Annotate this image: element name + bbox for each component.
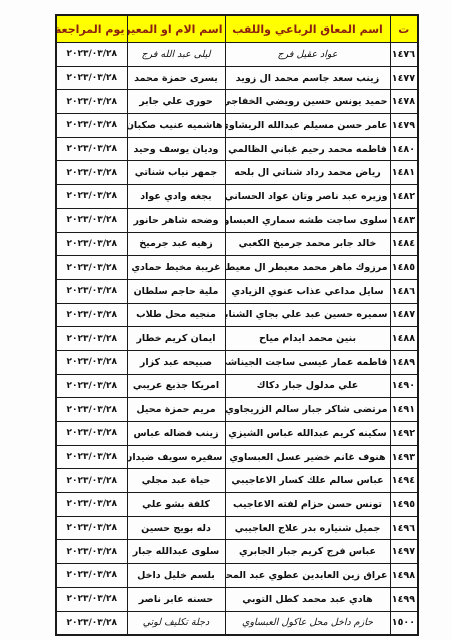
mother-cell: ايمان كريم خطار <box>127 327 225 351</box>
no-cell: ١٤٩٩ <box>390 587 418 611</box>
mother-cell: وديان يوسف وحيد <box>127 137 225 161</box>
name-cell: هادي عبد محمد كطل التوبي <box>225 587 390 611</box>
header-name: اسم المعاق الرباعي واللقب <box>225 15 390 43</box>
no-cell: ١٤٩٦ <box>390 516 418 540</box>
name-cell: مرتضى شاكر جبار سالم الزريجاوي <box>225 398 390 422</box>
no-cell: ١٤٩٣ <box>390 445 418 469</box>
name-cell: فاطمه عمار عيسى ساجت الجيناشي <box>225 350 390 374</box>
mother-cell: بلسم خليل داخل <box>127 564 225 588</box>
date-cell: ٢٠٢٣/٠٣/٢٨ <box>56 516 127 540</box>
mother-cell: صبيحه عبد كزار <box>127 350 225 374</box>
table-row: ١٤٩١مرتضى شاكر جبار سالم الزريجاويمريم ح… <box>56 398 418 422</box>
date-cell: ٢٠٢٣/٠٣/٢٨ <box>56 137 127 161</box>
no-cell: ١٤٧٦ <box>390 43 418 67</box>
name-cell: عراق زين العابدين عطوي عبد المحسناوي <box>225 564 390 588</box>
mother-cell: امريكا جذيع عريبي <box>127 374 225 398</box>
mother-cell: ملية حاجم سلطان <box>127 279 225 303</box>
date-cell: ٢٠٢٣/٠٣/٢٨ <box>56 611 127 635</box>
mother-cell: دله بويج حسين <box>127 516 225 540</box>
table-row: ١٤٩٣هنوف غانم خضير عسل العبساويسفيره سوي… <box>56 445 418 469</box>
no-cell: ١٤٩٠ <box>390 374 418 398</box>
name-cell: حازم داخل محل عاكول العبساوي <box>225 611 390 635</box>
mother-cell: جمهر نياب شناتي <box>127 161 225 185</box>
no-cell: ١٤٧٧ <box>390 66 418 90</box>
no-cell: ١٤٧٨ <box>390 90 418 114</box>
mother-cell: حورى علي جابر <box>127 90 225 114</box>
no-cell: ١٤٩٤ <box>390 469 418 493</box>
table-row: ١٤٩٤عباس سالم علك كسار الاعاجيبيحياة عبد… <box>56 469 418 493</box>
table-row: ١٤٨٠فاطمه محمد رحيم غباني الظالميوديان ي… <box>56 137 418 161</box>
date-cell: ٢٠٢٣/٠٣/٢٨ <box>56 208 127 232</box>
name-cell: فاطمه محمد رحيم غباني الظالمي <box>225 137 390 161</box>
mother-cell: وضحه شاهر حانور <box>127 208 225 232</box>
header-row: ت اسم المعاق الرباعي واللقب اسم الام او … <box>56 15 418 43</box>
name-cell: جميل شنياره بدر علاج العاجيبي <box>225 516 390 540</box>
header-no: ت <box>390 15 418 43</box>
table-row: ١٥٠٠حازم داخل محل عاكول العبساويدجلة تكل… <box>56 611 418 635</box>
mother-cell: هاشميه عنيب صكبان <box>127 114 225 138</box>
mother-cell: سلوى عبدالله جبار <box>127 540 225 564</box>
name-cell: خالد جابر محمد جرميخ الكعبي <box>225 232 390 256</box>
document-page: ت اسم المعاق الرباعي واللقب اسم الام او … <box>0 0 452 640</box>
mother-cell: يسرى حمزة محمد <box>127 66 225 90</box>
mother-cell: حياة عبد مجلي <box>127 469 225 493</box>
table-row: ١٤٧٦عواد عقيل فرجليلى عبد الله فرج٢٠٢٣/٠… <box>56 43 418 67</box>
no-cell: ١٤٨٣ <box>390 208 418 232</box>
name-cell: زينب سعد جاسم محمد ال زويد <box>225 66 390 90</box>
mother-cell: غريبة مخيط حمادي <box>127 256 225 280</box>
date-cell: ٢٠٢٣/٠٣/٢٨ <box>56 279 127 303</box>
name-cell: سميره حسين عبد علي بجاي الشنابره <box>225 303 390 327</box>
table-row: ١٤٨٨بنين محمد ايدام مياحايمان كريم خطار٢… <box>56 327 418 351</box>
table-header: ت اسم المعاق الرباعي واللقب اسم الام او … <box>56 15 418 43</box>
no-cell: ١٤٨٩ <box>390 350 418 374</box>
date-cell: ٢٠٢٣/٠٣/٢٨ <box>56 540 127 564</box>
no-cell: ١٤٨٢ <box>390 185 418 209</box>
mother-cell: سفيره سويف ضيدان <box>127 445 225 469</box>
name-cell: رياض محمد رداد شناتي ال بلحه <box>225 161 390 185</box>
no-cell: ١٤٨٠ <box>390 137 418 161</box>
mother-cell: كلفة بشو علي <box>127 493 225 517</box>
table-row: ١٤٧٧زينب سعد جاسم محمد ال زويديسرى حمزة … <box>56 66 418 90</box>
table-row: ١٤٨١رياض محمد رداد شناتي ال بلحهجمهر نيا… <box>56 161 418 185</box>
date-cell: ٢٠٢٣/٠٣/٢٨ <box>56 161 127 185</box>
no-cell: ١٤٨٤ <box>390 232 418 256</box>
date-cell: ٢٠٢٣/٠٣/٢٨ <box>56 445 127 469</box>
date-cell: ٢٠٢٣/٠٣/٢٨ <box>56 493 127 517</box>
no-cell: ١٤٩٥ <box>390 493 418 517</box>
no-cell: ١٤٨٦ <box>390 279 418 303</box>
no-cell: ١٤٩٨ <box>390 564 418 588</box>
name-cell: هنوف غانم خضير عسل العبساوي <box>225 445 390 469</box>
date-cell: ٢٠٢٣/٠٣/٢٨ <box>56 374 127 398</box>
name-cell: سايل مداعي عذاب عنوي الزيادي <box>225 279 390 303</box>
mother-cell: حسنه عابر ناصر <box>127 587 225 611</box>
no-cell: ١٤٩٧ <box>390 540 418 564</box>
date-cell: ٢٠٢٣/٠٣/٢٨ <box>56 185 127 209</box>
date-cell: ٢٠٢٣/٠٣/٢٨ <box>56 43 127 67</box>
date-cell: ٢٠٢٣/٠٣/٢٨ <box>56 398 127 422</box>
name-cell: بنين محمد ايدام مياح <box>225 327 390 351</box>
name-cell: سكينه كريم عبدالله عباس الشيزي <box>225 422 390 446</box>
table-row: ١٤٨٧سميره حسين عبد علي بجاي الشنابرهمنجي… <box>56 303 418 327</box>
table-row: ١٤٨٤خالد جابر محمد جرميخ الكعبيزهيه عبد … <box>56 232 418 256</box>
name-cell: عباس فرج كريم جبار الجابري <box>225 540 390 564</box>
table-row: ١٤٩٠علي مدلول جبار دكاكامريكا جذيع عريبي… <box>56 374 418 398</box>
no-cell: ١٤٨٧ <box>390 303 418 327</box>
no-cell: ١٤٩٢ <box>390 422 418 446</box>
date-cell: ٢٠٢٣/٠٣/٢٨ <box>56 232 127 256</box>
table-row: ١٤٨٦سايل مداعي عذاب عنوي الزياديملية حاج… <box>56 279 418 303</box>
date-cell: ٢٠٢٣/٠٣/٢٨ <box>56 303 127 327</box>
table-body: ١٤٧٦عواد عقيل فرجليلى عبد الله فرج٢٠٢٣/٠… <box>56 43 418 636</box>
no-cell: ١٤٨١ <box>390 161 418 185</box>
date-cell: ٢٠٢٣/٠٣/٢٨ <box>56 350 127 374</box>
name-cell: عباس سالم علك كسار الاعاجيبي <box>225 469 390 493</box>
date-cell: ٢٠٢٣/٠٣/٢٨ <box>56 90 127 114</box>
mother-cell: مريم حمزة محيل <box>127 398 225 422</box>
table-row: ١٤٩٢سكينه كريم عبدالله عباس الشيزيزينب ف… <box>56 422 418 446</box>
mother-cell: زينب فضاله عباس <box>127 422 225 446</box>
date-cell: ٢٠٢٣/٠٣/٢٨ <box>56 469 127 493</box>
date-cell: ٢٠٢٣/٠٣/٢٨ <box>56 327 127 351</box>
date-cell: ٢٠٢٣/٠٣/٢٨ <box>56 114 127 138</box>
name-cell: مرزوك ماهر محمد معيطر ال معيطر <box>225 256 390 280</box>
no-cell: ١٤٨٨ <box>390 327 418 351</box>
no-cell: ١٤٩١ <box>390 398 418 422</box>
date-cell: ٢٠٢٣/٠٣/٢٨ <box>56 66 127 90</box>
table-row: ١٤٩٧عباس فرج كريم جبار الجابريسلوى عبدال… <box>56 540 418 564</box>
header-mother: اسم الام او المعين <box>127 15 225 43</box>
table-row: ١٤٩٦جميل شنياره بدر علاج العاجيبيدله بوي… <box>56 516 418 540</box>
table-row: ١٤٨٩فاطمه عمار عيسى ساجت الجيناشيصبيحه ع… <box>56 350 418 374</box>
table-row: ١٤٨٥مرزوك ماهر محمد معيطر ال معيطرغريبة … <box>56 256 418 280</box>
table-row: ١٤٩٨عراق زين العابدين عطوي عبد المحسناوي… <box>56 564 418 588</box>
date-cell: ٢٠٢٣/٠٣/٢٨ <box>56 587 127 611</box>
name-cell: علي مدلول جبار دكاك <box>225 374 390 398</box>
name-cell: تونس حسن حزام لفته الاعاجيب <box>225 493 390 517</box>
mother-cell: بجغه وادي عواد <box>127 185 225 209</box>
mother-cell: ليلى عبد الله فرج <box>127 43 225 67</box>
table-row: ١٤٨٢وزيره عبد ناصر وتان عواد الحسانيبجغه… <box>56 185 418 209</box>
name-cell: عواد عقيل فرج <box>225 43 390 67</box>
mother-cell: زهيه عبد جرميخ <box>127 232 225 256</box>
name-cell: عامر حسن مسيلم عبدالله الريشاوي <box>225 114 390 138</box>
date-cell: ٢٠٢٣/٠٣/٢٨ <box>56 564 127 588</box>
mother-cell: دجلة تكليف لوتي <box>127 611 225 635</box>
mother-cell: منجيه محل طلاب <box>127 303 225 327</box>
table-row: ١٤٨٣سلوى ساجت طشه سماري العبساويوضحه شاه… <box>56 208 418 232</box>
no-cell: ١٥٠٠ <box>390 611 418 635</box>
names-table: ت اسم المعاق الرباعي واللقب اسم الام او … <box>55 14 419 636</box>
table-row: ١٤٧٨حميد يونس حسين رويضي الخفاجيحورى علي… <box>56 90 418 114</box>
date-cell: ٢٠٢٣/٠٣/٢٨ <box>56 422 127 446</box>
table-row: ١٤٧٩عامر حسن مسيلم عبدالله الريشاويهاشمي… <box>56 114 418 138</box>
name-cell: حميد يونس حسين رويضي الخفاجي <box>225 90 390 114</box>
table-row: ١٤٩٥تونس حسن حزام لفته الاعاجيبكلفة بشو … <box>56 493 418 517</box>
name-cell: وزيره عبد ناصر وتان عواد الحساني <box>225 185 390 209</box>
table-row: ١٤٩٩هادي عبد محمد كطل التوبيحسنه عابر نا… <box>56 587 418 611</box>
name-cell: سلوى ساجت طشه سماري العبساوي <box>225 208 390 232</box>
date-cell: ٢٠٢٣/٠٣/٢٨ <box>56 256 127 280</box>
header-review-day: يوم المراجعة <box>56 15 127 43</box>
no-cell: ١٤٧٩ <box>390 114 418 138</box>
no-cell: ١٤٨٥ <box>390 256 418 280</box>
